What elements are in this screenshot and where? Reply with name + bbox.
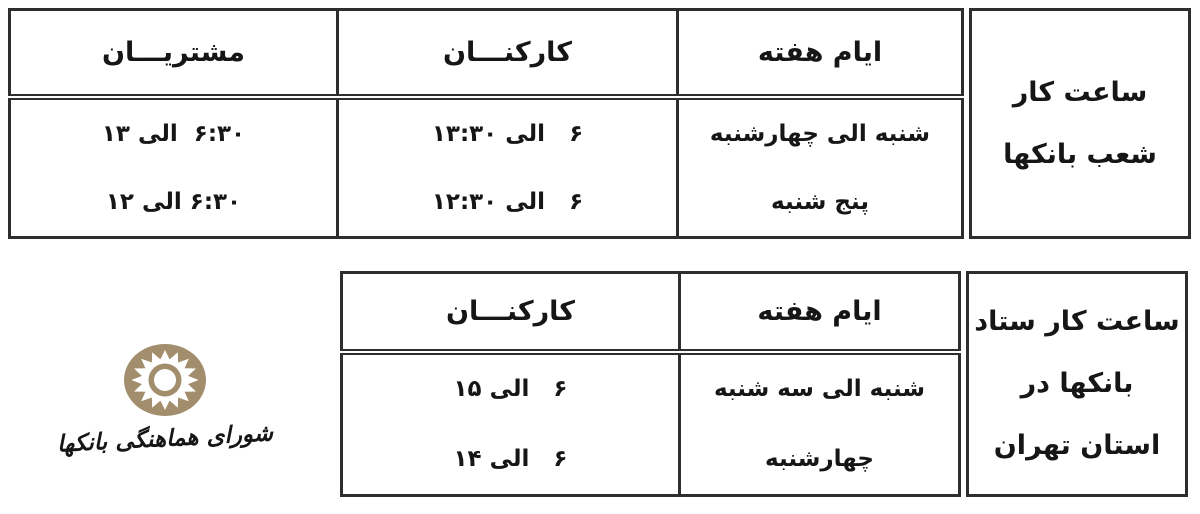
hq-hours-table: ایام هفته کارکنـــان شنبه الی سه شنبه ۶ … bbox=[340, 271, 1185, 497]
column-header-staff: کارکنـــان bbox=[342, 273, 680, 352]
hq-grid: ایام هفته کارکنـــان شنبه الی سه شنبه ۶ … bbox=[340, 271, 961, 497]
staff-hours-cell: ۶ الی ۱۳:۳۰ bbox=[338, 97, 678, 167]
branches-title-line: شعب بانکها bbox=[1003, 124, 1157, 186]
days-cell: شنبه الی چهارشنبه bbox=[678, 97, 963, 167]
days-cell: چهارشنبه bbox=[680, 424, 960, 496]
council-emblem-icon bbox=[113, 334, 217, 426]
column-header-days: ایام هفته bbox=[680, 273, 960, 352]
table-row: پنج شنبه ۶ الی ۱۲:۳۰ ۶:۳۰ الی ۱۲ bbox=[10, 167, 963, 237]
table-row: چهارشنبه ۶ الی ۱۴ bbox=[342, 424, 960, 496]
table-row: شنبه الی سه شنبه ۶ الی ۱۵ bbox=[342, 352, 960, 424]
staff-hours-cell: ۶ الی ۱۵ bbox=[342, 352, 680, 424]
hq-header-row: ایام هفته کارکنـــان bbox=[342, 273, 960, 352]
days-cell: پنج شنبه bbox=[678, 167, 963, 237]
table-row: شنبه الی چهارشنبه ۶ الی ۱۳:۳۰ ۶:۳۰ الی ۱… bbox=[10, 97, 963, 167]
logo-caption: شورای هماهنگی بانکها bbox=[54, 420, 275, 457]
branches-hours-table: ایام هفته کارکنـــان مشتریـــان شنبه الی… bbox=[8, 8, 1188, 239]
customer-hours-cell: ۶:۳۰ الی ۱۲ bbox=[10, 167, 338, 237]
column-header-days: ایام هفته bbox=[678, 10, 963, 97]
hq-title-line: استان تهران bbox=[994, 415, 1160, 477]
staff-hours-cell: ۶ الی ۱۲:۳۰ bbox=[338, 167, 678, 237]
branches-grid: ایام هفته کارکنـــان مشتریـــان شنبه الی… bbox=[8, 8, 964, 239]
hq-title-line: ساعت کار ستاد bbox=[974, 291, 1179, 353]
customer-hours-cell: ۶:۳۰ الی ۱۳ bbox=[10, 97, 338, 167]
days-cell: شنبه الی سه شنبه bbox=[680, 352, 960, 424]
bank-coordination-council-logo: شورای هماهنگی بانکها bbox=[55, 334, 275, 452]
page-root: { "branches_table": { "title_lines": ["س… bbox=[0, 0, 1200, 514]
column-header-customers: مشتریـــان bbox=[10, 10, 338, 97]
hq-table-title: ساعت کار ستاد بانکها در استان تهران bbox=[966, 271, 1188, 497]
hq-title-line: بانکها در bbox=[1021, 353, 1134, 415]
branches-table-title: ساعت کار شعب بانکها bbox=[969, 8, 1191, 239]
branches-title-line: ساعت کار bbox=[1013, 62, 1148, 124]
column-header-staff: کارکنـــان bbox=[338, 10, 678, 97]
branches-header-row: ایام هفته کارکنـــان مشتریـــان bbox=[10, 10, 963, 97]
staff-hours-cell: ۶ الی ۱۴ bbox=[342, 424, 680, 496]
